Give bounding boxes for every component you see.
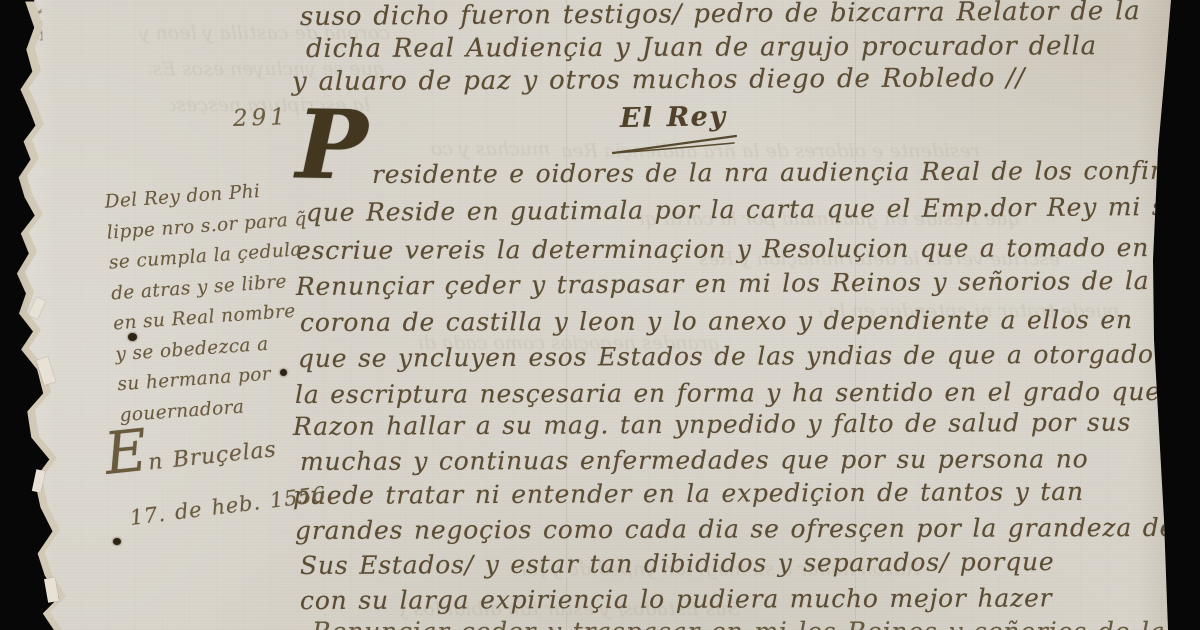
worm-hole (280, 369, 287, 376)
fragment-line: y aluaro de paz y otros muchos diego de … (292, 63, 1025, 97)
manuscript-page: corona de castilla y leon y lo anexo y d… (0, 0, 1200, 630)
manuscript-photo: corona de castilla y leon y lo anexo y d… (0, 0, 1200, 630)
body-line: Renunçiar çeder y traspasar en mi los Re… (296, 266, 1150, 301)
worm-hole (113, 538, 121, 545)
heading-flourish (610, 133, 740, 157)
ghost-text-line: muchas y continuas enfermedades que por … (430, 138, 550, 160)
body-line: la escriptura nesçesaria en forma y ha s… (295, 377, 1200, 409)
margin-summary: Del Rey don Phi lippe nro s.or para q̃ s… (104, 173, 335, 431)
body-line: corona de castilla y leon y lo anexo y d… (300, 305, 1133, 337)
body-line: grandes negoçios como cada dia se ofresç… (295, 513, 1175, 545)
worm-hole (128, 333, 137, 341)
place-line: En Bruçelas (105, 434, 278, 480)
fragment-line: dicha Real Audiençia y Juan de argujo pr… (306, 31, 1097, 64)
body-line: con su larga expiriençia lo pudiera much… (300, 583, 1053, 615)
body-line: Sus Estados/ y estar tan dibididos y sep… (300, 547, 1055, 580)
heading-el-rey: El Rey (620, 101, 727, 134)
body-line: puede tratar ni entender en la expediçio… (293, 477, 1084, 510)
body-line: muchas y continuas enfermedades que por … (300, 444, 1089, 476)
body-line: residente e oidores de la nra audiençia … (372, 156, 1196, 189)
body-line: que se yncluyen esos Estados de las yndi… (298, 340, 1154, 373)
folio-number: 291 (233, 104, 290, 132)
body-line: escriue vereis la determinaçion y Resolu… (296, 233, 1149, 265)
body-line: Razon hallar a su mag. tan ynpedido y fa… (293, 408, 1131, 441)
body-line: que Reside en guatimala por la carta que… (306, 191, 1200, 227)
fragment-line: suso dicho fueron testigos/ pedro de biz… (300, 0, 1141, 32)
body-line-partial: Renunçiar çeder y traspasar en mi los Re… (312, 617, 1165, 630)
